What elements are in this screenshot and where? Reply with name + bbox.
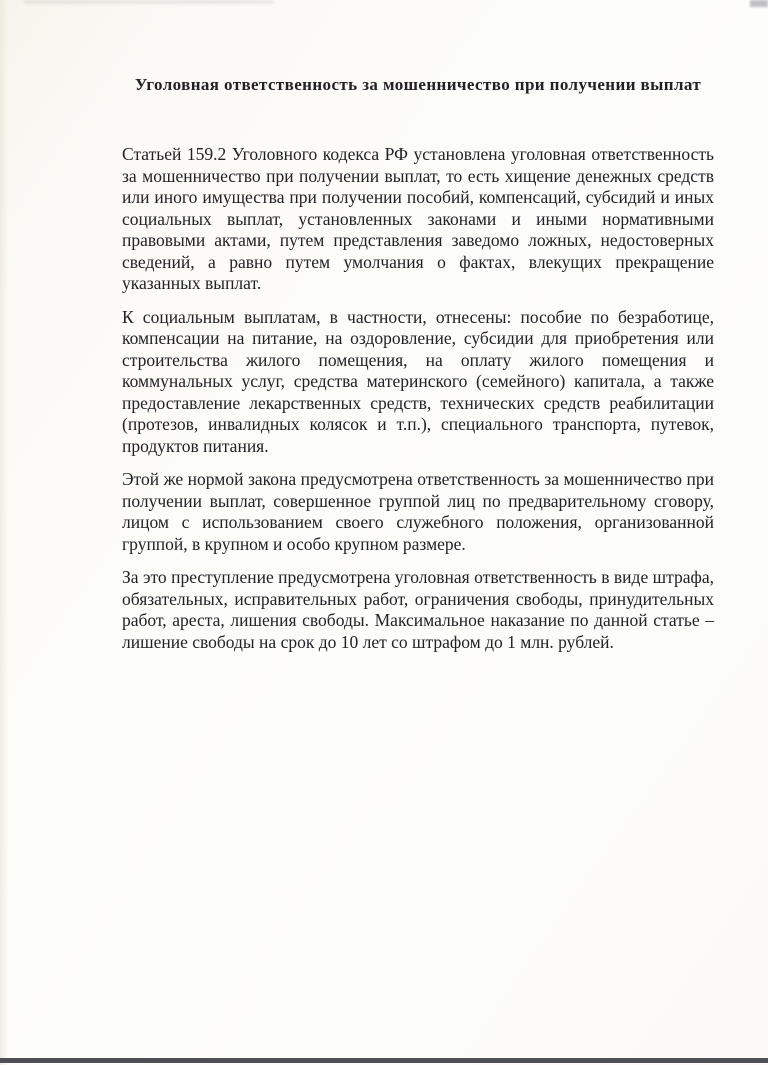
paragraph: Этой же нормой закона предусмотрена отве… — [122, 469, 714, 555]
text-line: работ, ареста, лишения свободы. Максимал… — [122, 610, 714, 632]
text-line: социальных выплат, установленных законам… — [122, 209, 714, 231]
scan-corner-mark-artifact — [750, 0, 768, 7]
paragraph: К социальным выплатам, в частности, отне… — [122, 307, 714, 458]
document-content: Уголовная ответственность за мошенничест… — [122, 74, 714, 665]
document-body: Статьей 159.2 Уголовного кодекса РФ уста… — [122, 144, 714, 653]
text-line: за мошенничество при получении выплат, т… — [122, 166, 714, 188]
paragraph: Статьей 159.2 Уголовного кодекса РФ уста… — [122, 144, 714, 295]
text-line: или иного имущества при получении пособи… — [122, 187, 714, 209]
scan-left-edge-artifact — [0, 0, 9, 1065]
text-line: коммунальных услуг, средства материнског… — [122, 371, 714, 393]
text-line: лишение свободы на срок до 10 лет со штр… — [122, 632, 714, 654]
text-line: группой, в крупном и особо крупном разме… — [122, 534, 714, 556]
text-line: предоставление лекарственных средств, те… — [122, 393, 714, 415]
text-line: правовыми актами, путем представления за… — [122, 230, 714, 252]
scan-top-smudge-artifact — [24, 0, 274, 4]
text-line: компенсации на питание, на оздоровление,… — [122, 328, 714, 350]
scan-bottom-edge-artifact — [0, 1058, 768, 1063]
scanned-page: Уголовная ответственность за мошенничест… — [0, 0, 768, 1065]
text-line: Статьей 159.2 Уголовного кодекса РФ уста… — [122, 144, 714, 166]
text-line: указанных выплат. — [122, 273, 714, 295]
text-line: строительства жилого помещения, на оплат… — [122, 350, 714, 372]
text-line: лицом с использованием своего служебного… — [122, 512, 714, 534]
text-line: К социальным выплатам, в частности, отне… — [122, 307, 714, 329]
text-line: получении выплат, совершенное группой ли… — [122, 491, 714, 513]
text-line: (протезов, инвалидных колясок и т.п.), с… — [122, 414, 714, 436]
document-title: Уголовная ответственность за мошенничест… — [122, 74, 714, 96]
text-line: За это преступление предусмотрена уголов… — [122, 567, 714, 589]
text-line: сведений, а равно путем умолчания о факт… — [122, 252, 714, 274]
text-line: продуктов питания. — [122, 436, 714, 458]
text-line: Этой же нормой закона предусмотрена отве… — [122, 469, 714, 491]
paragraph: За это преступление предусмотрена уголов… — [122, 567, 714, 653]
text-line: обязательных, исправительных работ, огра… — [122, 589, 714, 611]
